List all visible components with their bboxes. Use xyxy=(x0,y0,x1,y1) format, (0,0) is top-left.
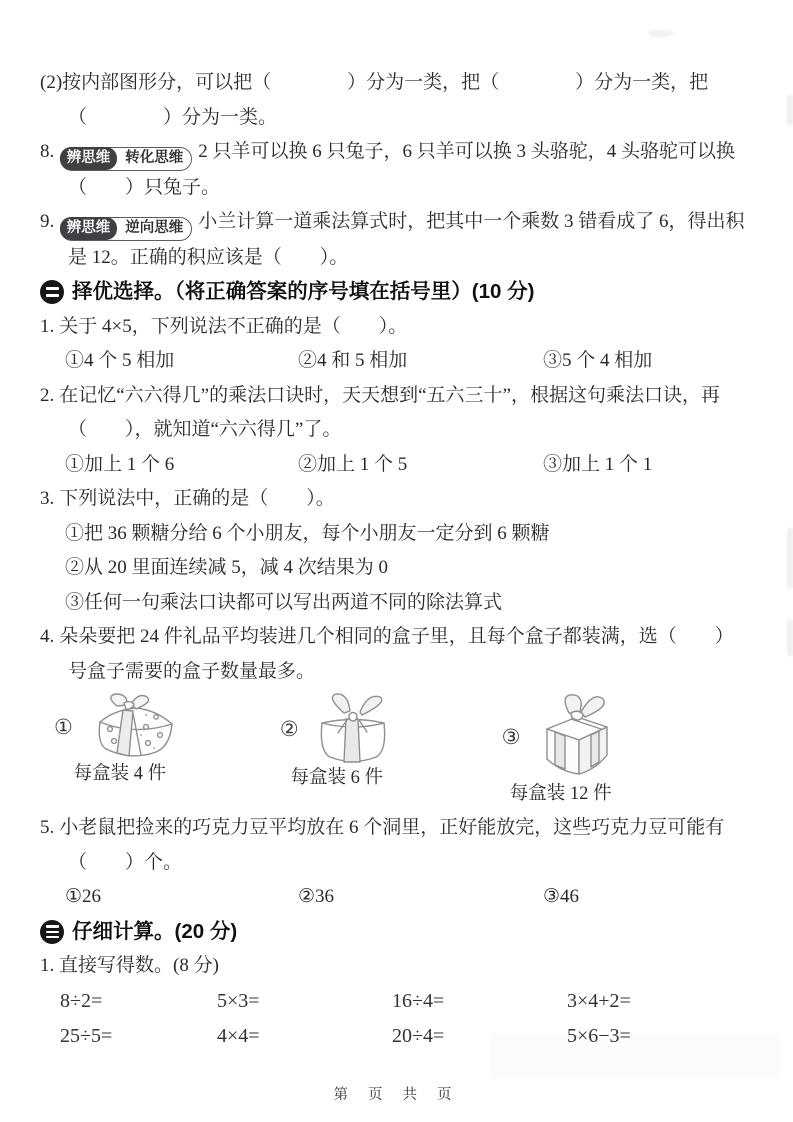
question-text: 小老鼠把捡来的巧克力豆平均放在 6 个洞里，正好能放完，这些巧克力豆可能有（ ）… xyxy=(59,817,724,873)
question-number: 3. xyxy=(40,488,54,509)
fill-in-item-2: (2)按内部图形分，可以把（ ）分为一类，把（ ）分为一类，把（ ）分为一类。 xyxy=(40,66,751,135)
option-cell: ②4 和 5 相加 xyxy=(298,344,543,379)
question-number: 9. xyxy=(40,211,54,232)
gift-box-label: 每盒装 12 件 xyxy=(510,781,612,807)
equation-grid: 8÷2= 5×3= 16÷4= 3×4+2= 25÷5= 4×4= 20÷4= … xyxy=(40,984,751,1054)
question-text: 关于 4×5，下列说法不正确的是（ ）。 xyxy=(59,316,407,337)
option-cell: ②加上 1 个 5 xyxy=(298,448,543,483)
gift-option-1: ① xyxy=(54,691,186,787)
question-text: 下列说法中，正确的是（ ）。 xyxy=(59,488,335,509)
page-footer: 第 页 共 页 xyxy=(0,1083,793,1104)
choice-question-3: 3.下列说法中，正确的是（ ）。 xyxy=(40,482,751,517)
option-cell: ②36 xyxy=(298,880,543,915)
circled-number: ② xyxy=(280,717,299,742)
option-cell: ①加上 1 个 6 xyxy=(65,448,298,483)
equation-cell: 25÷5= xyxy=(60,1019,217,1054)
gift-option-2: ② 每盒装 6 件 xyxy=(280,691,394,791)
badge-secondary-label: 逆向思维 xyxy=(117,218,191,239)
badge-primary-label: 辨思维 xyxy=(60,217,118,240)
question-text: 朵朵要把 24 件礼品平均装进几个相同的盒子里，且每个盒子都装满，选（ ）号盒子… xyxy=(59,626,734,682)
choice-q2-options: ①加上 1 个 6 ②加上 1 个 5 ③加上 1 个 1 xyxy=(40,448,751,483)
thinking-skill-badge: 辨思维转化思维 xyxy=(60,147,192,171)
section-title: 择优选择。（将正确答案的序号填在括号里）(10 分) xyxy=(72,275,534,310)
circled-number: ③ xyxy=(502,725,521,750)
gift-box-polka-dots-icon xyxy=(86,691,186,763)
choice-question-1: 1.关于 4×5，下列说法不正确的是（ ）。 xyxy=(40,310,751,345)
fill-in-item-2-text: (2)按内部图形分，可以把（ ）分为一类，把（ ）分为一类，把（ ）分为一类。 xyxy=(40,72,708,128)
equation-cell: 5×3= xyxy=(217,984,392,1019)
choice-q1-options: ①4 个 5 相加 ②4 和 5 相加 ③5 个 4 相加 xyxy=(40,344,751,379)
section-calc-header: 仔细计算。(20 分) xyxy=(40,915,751,950)
equation-cell: 3×4+2= xyxy=(567,984,751,1019)
choice-question-5: 5.小老鼠把捡来的巧克力豆平均放在 6 个洞里，正好能放完，这些巧克力豆可能有（… xyxy=(40,811,751,880)
equation-cell: 8÷2= xyxy=(60,984,217,1019)
question-text: 在记忆“六六得几”的乘法口诀时，天天想到“五六三十”，根据这句乘法口诀，再（ ）… xyxy=(59,385,720,441)
choice-question-2: 2.在记忆“六六得几”的乘法口诀时，天天想到“五六三十”，根据这句乘法口诀，再（… xyxy=(40,379,751,448)
gift-box-label: 每盒装 6 件 xyxy=(290,765,383,791)
section-choice-header: 择优选择。（将正确答案的序号填在括号里）(10 分) xyxy=(40,275,751,310)
calc-subheading: 1. 直接写得数。(8 分) xyxy=(40,949,751,984)
equation-cell: 4×4= xyxy=(217,1019,392,1054)
statement-option: ③任何一句乘法口诀都可以写出两道不同的除法算式 xyxy=(65,586,751,621)
thinking-skill-badge: 辨思维逆向思维 xyxy=(60,217,192,241)
gift-boxes-figure: ① xyxy=(40,689,751,811)
worksheet-page: (2)按内部图形分，可以把（ ）分为一类，把（ ）分为一类，把（ ）分为一类。 … xyxy=(0,0,793,1122)
gift-box-tall-ribbon-icon xyxy=(533,691,619,783)
question-9: 9.辨思维逆向思维小兰计算一道乘法算式时，把其中一个乘数 3 错看成了 6，得出… xyxy=(40,205,751,275)
gift-box-big-bow-icon xyxy=(312,691,394,767)
statement-option: ①把 36 颗糖分给 6 个小朋友，每个小朋友一定分到 6 颗糖 xyxy=(65,517,751,552)
statement-option: ②从 20 里面连续减 5，减 4 次结果为 0 xyxy=(65,551,751,586)
question-number: 2. xyxy=(40,385,54,406)
question-8: 8.辨思维转化思维2 只羊可以换 6 只兔子，6 只羊可以换 3 头骆驼，4 头… xyxy=(40,135,751,205)
option-cell: ③加上 1 个 1 xyxy=(543,448,751,483)
gift-box-label: 每盒装 4 件 xyxy=(74,761,167,787)
option-cell: ③5 个 4 相加 xyxy=(543,344,751,379)
worksheet-scan: { "palette": { "text": "#2a2a2a", "badge… xyxy=(0,0,793,1122)
badge-secondary-label: 转化思维 xyxy=(117,148,191,169)
option-cell: ③46 xyxy=(543,880,751,915)
question-number: 4. xyxy=(40,626,54,647)
badge-primary-label: 辨思维 xyxy=(60,147,118,170)
circled-number: ① xyxy=(54,715,73,740)
section-three-circle-icon xyxy=(40,920,64,944)
question-number: 1. xyxy=(40,316,54,337)
choice-q5-options: ①26 ②36 ③46 xyxy=(40,880,751,915)
question-number: 5. xyxy=(40,817,54,838)
section-title: 仔细计算。(20 分) xyxy=(72,915,237,950)
equation-cell: 5×6−3= xyxy=(567,1019,751,1054)
gift-option-3: ③ 每盒装 12 件 xyxy=(502,691,620,807)
section-two-circle-icon xyxy=(40,280,64,304)
question-number: 8. xyxy=(40,141,54,162)
equation-cell: 20÷4= xyxy=(392,1019,567,1054)
equation-cell: 16÷4= xyxy=(392,984,567,1019)
option-cell: ①4 个 5 相加 xyxy=(65,344,298,379)
choice-question-4: 4.朵朵要把 24 件礼品平均装进几个相同的盒子里，且每个盒子都装满，选（ ）号… xyxy=(40,620,751,689)
option-cell: ①26 xyxy=(65,880,298,915)
